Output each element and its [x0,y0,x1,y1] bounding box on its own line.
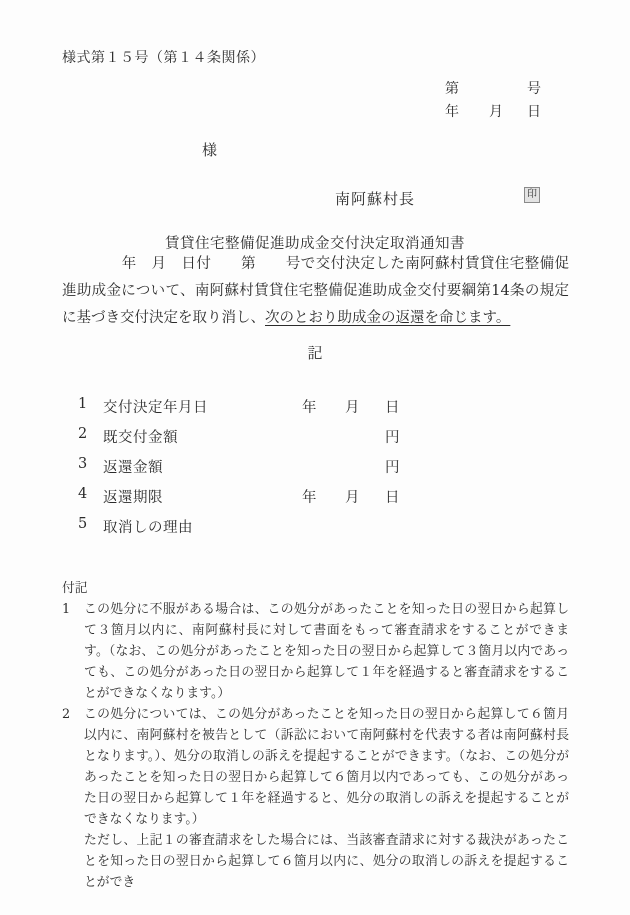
item-row-refund-amount: 3 返還金額 円 [62,456,569,476]
item-number: 3 [78,456,87,472]
doc-number-prefix: 第 [445,78,459,98]
body-underlined-text: 次のとおり助成金の返還を命じます。 [265,310,510,326]
note-paragraph: ただし、上記１の審査請求をした場合には、当該審査請求に対する裁決があったことを知… [84,830,569,893]
item-number: 1 [78,396,87,412]
appendix-section: 付記 1 この処分に不服がある場合は、この処分があったことを知った日の翌日から起… [62,578,569,893]
item-row-cancellation-reason: 5 取消しの理由 [62,516,569,536]
year-label: 年 [302,396,317,417]
item-label: 既交付金額 [103,426,178,447]
item-row-refund-deadline: 4 返還期限 年 月 日 [62,486,569,506]
note-paragraph: この処分については、この処分があったことを知った日の翌日から起算して６箇月以内に… [84,704,569,830]
month-label: 月 [345,486,360,507]
appendix-note-2: 2 この処分については、この処分があったことを知った日の翌日から起算して６箇月以… [62,704,569,893]
item-label: 返還期限 [103,486,163,507]
item-label: 取消しの理由 [103,516,193,537]
doc-number-suffix: 号 [527,78,541,98]
day-label: 日 [385,396,400,417]
sender-title: 南阿蘇村長 [335,188,415,209]
note-number: 1 [62,599,84,704]
note-paragraph: この処分に不服がある場合は、この処分があったことを知った日の翌日から起算して３箇… [84,599,569,704]
recipient-honorific: 様 [202,139,217,160]
note-text: この処分については、この処分があったことを知った日の翌日から起算して６箇月以内に… [84,704,569,893]
item-row-paid-amount: 2 既交付金額 円 [62,426,569,446]
item-number: 4 [78,486,87,502]
document-title: 賃貸住宅整備促進助成金交付決定取消通知書 [0,232,630,253]
record-marker: 記 [0,342,630,363]
note-number: 2 [62,704,84,893]
item-label: 返還金額 [103,456,163,477]
month-label: 月 [345,396,360,417]
form-reference: 様式第１５号（第１４条関係） [62,47,265,67]
day-label: 日 [385,486,400,507]
item-number: 2 [78,426,87,442]
appendix-note-1: 1 この処分に不服がある場合は、この処分があったことを知った日の翌日から起算して… [62,599,569,704]
item-row-grant-decision-date: 1 交付決定年月日 年 月 日 [62,396,569,416]
note-text: この処分に不服がある場合は、この処分があったことを知った日の翌日から起算して３箇… [84,599,569,704]
issue-date-year-label: 年 [445,101,459,121]
seal-stamp-icon: 印 [524,187,540,203]
item-number: 5 [78,516,87,532]
body-paragraph: 年 月 日付 第 号で交付決定した南阿蘇村賃貸住宅整備促進助成金について、南阿蘇… [62,251,569,332]
year-label: 年 [302,486,317,507]
item-label: 交付決定年月日 [103,396,208,417]
appendix-heading: 付記 [62,578,569,599]
issue-date-day-label: 日 [527,101,541,121]
yen-label: 円 [385,426,400,447]
issue-date-month-label: 月 [489,101,503,121]
yen-label: 円 [385,456,400,477]
notice-document-page: 様式第１５号（第１４条関係） 第 号 年 月 日 様 南阿蘇村長 印 賃貸住宅整… [0,0,630,915]
